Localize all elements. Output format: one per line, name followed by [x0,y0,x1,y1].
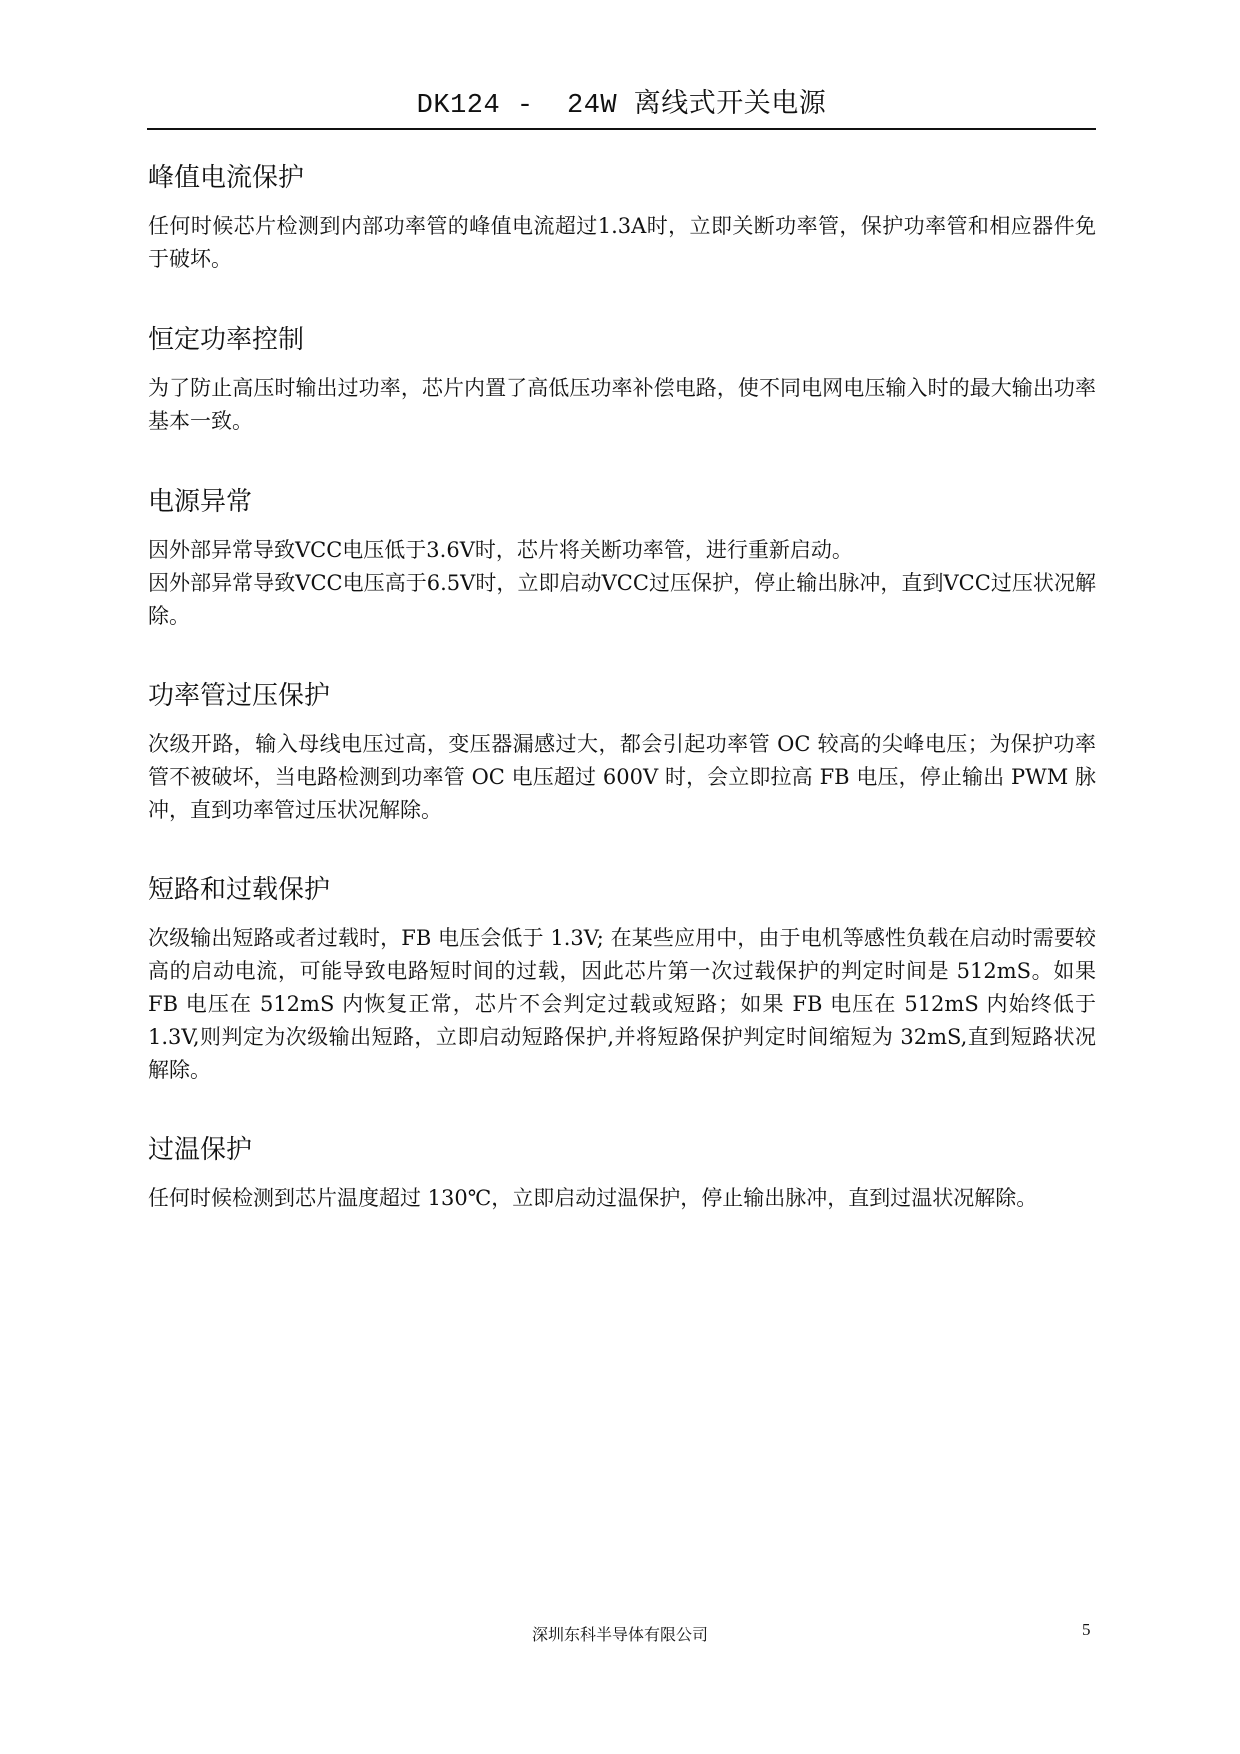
page-number: 5 [1082,1620,1091,1640]
section-title: 过温保护 [148,1132,1096,1168]
section-over-temperature-protection: 过温保护 任何时候检测到芯片温度超过 130℃，立即启动过温保护，停止输出脉冲，… [148,1132,1096,1215]
section-power-tube-overvoltage-protection: 功率管过压保护 次级开路，输入母线电压过高，变压器漏感过大，都会引起功率管 OC… [148,678,1096,827]
section-power-abnormal: 电源异常 因外部异常导致VCC电压低于3.6V时，芯片将关断功率管，进行重新启动… [148,484,1096,633]
footer-company-name: 深圳东科半导体有限公司 [0,1622,1240,1645]
section-peak-current-protection: 峰值电流保护 任何时候芯片检测到内部功率管的峰值电流超过1.3A时，立即关断功率… [148,160,1096,276]
section-constant-power-control: 恒定功率控制 为了防止高压时输出过功率，芯片内置了高低压功率补偿电路，使不同电网… [148,322,1096,438]
section-paragraph: 因外部异常导致VCC电压高于6.5V时，立即启动VCC过压保护，停止输出脉冲，直… [148,567,1096,633]
section-short-circuit-overload-protection: 短路和过载保护 次级输出短路或者过载时，FB 电压会低于 1.3V; 在某些应用… [148,872,1096,1087]
document-title: DK124 - 24W 离线式开关电源 [417,91,827,121]
page-header: DK124 - 24W 离线式开关电源 [147,88,1096,130]
section-title: 峰值电流保护 [148,160,1096,196]
section-paragraph: 为了防止高压时输出过功率，芯片内置了高低压功率补偿电路，使不同电网电压输入时的最… [148,372,1096,438]
section-title: 短路和过载保护 [148,872,1096,908]
section-paragraph: 任何时候检测到芯片温度超过 130℃，立即启动过温保护，停止输出脉冲，直到过温状… [148,1182,1096,1215]
section-paragraph: 次级开路，输入母线电压过高，变压器漏感过大，都会引起功率管 OC 较高的尖峰电压… [148,728,1096,827]
section-paragraph: 任何时候芯片检测到内部功率管的峰值电流超过1.3A时，立即关断功率管，保护功率管… [148,210,1096,276]
section-title: 电源异常 [148,484,1096,520]
section-title: 功率管过压保护 [148,678,1096,714]
section-title: 恒定功率控制 [148,322,1096,358]
section-paragraph: 次级输出短路或者过载时，FB 电压会低于 1.3V; 在某些应用中，由于电机等感… [148,922,1096,1087]
section-paragraph: 因外部异常导致VCC电压低于3.6V时，芯片将关断功率管，进行重新启动。 [148,534,1096,567]
